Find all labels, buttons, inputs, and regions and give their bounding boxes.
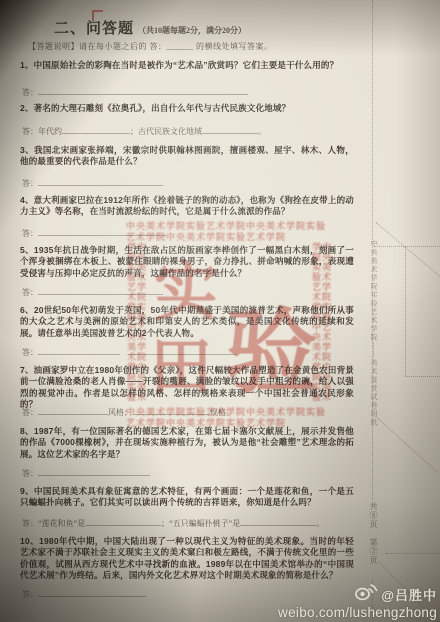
page-number-marker: 共⑧页 第②页 — [368, 502, 379, 586]
question-4-text: 4、意大利画家巴拉在1912年所作《拴着链子的狗的动态》，也称为《狗拴在皮带上的… — [20, 195, 354, 218]
answer-label: 答： — [22, 469, 38, 478]
answer-label: 答： — [22, 408, 38, 417]
weibo-logo-icon — [354, 582, 378, 606]
answer-blank — [38, 467, 150, 476]
answer-label: 答： — [22, 88, 38, 97]
red-seal-stamp: 中央美术学院实验艺术学院中央美术学院实验艺术学院中央美术学院实验艺术学院 中央美… — [126, 221, 331, 428]
section-title: 二、问答题 — [54, 20, 134, 37]
answer-line-3: 答： — [22, 177, 362, 189]
answer-text: 。 — [316, 519, 324, 528]
fold-line-horizontal — [386, 553, 440, 554]
question-2-text: 2、著名的大理石雕刻《拉奥孔》，出自什么年代与古代民族文化地域？ — [20, 103, 354, 114]
answer-line-9: 答：“莲花和鱼”是；“五只蝙蝠扑桃子”是。 — [22, 517, 362, 529]
stamp-character: 田 — [150, 317, 212, 406]
stamp-character: 验 — [225, 279, 317, 411]
weibo-handle: @吕胜中 — [381, 585, 437, 604]
answer-label: 答： — [22, 179, 38, 188]
stamp-border-text: 中央美术学院实验艺术学院中央美术学院实验艺术学院中央美术学院实验艺术学院 — [126, 242, 146, 407]
answer-blank — [38, 177, 163, 186]
question-1-text: 1、中国原始社会的彩陶在当时是被作为“艺术品”欣赏吗？它们主要是干什么用的？ — [20, 60, 354, 71]
section-meta: （共10题每题2分，满分20分） — [138, 26, 246, 35]
fold-line-vertical — [405, 246, 406, 376]
answer-blank — [62, 125, 130, 134]
weibo-watermark: @吕胜中 weibo.com/lushengzhong — [278, 582, 437, 620]
answer-label: 答： — [22, 229, 38, 238]
scanned-exam-page: 二、问答题（共10题每题2分，满分20分） 【答题说明】请在每小题之后的 答：_… — [0, 0, 440, 622]
answer-line-2: 答：年代约；古代民族文化地域。 — [22, 125, 362, 137]
fold-line-horizontal — [405, 376, 440, 377]
question-9-text: 9、中国民间美术具有象征寓意的艺术特征，有两个画面：一个是莲花和鱼，一个是五只蝙… — [20, 486, 354, 509]
answer-line-1: 答： — [22, 86, 362, 98]
question-3-text: 3、我国北宋画家张择端，宋徽宗时供职翰林图画院，擅画楼观、屋宇、林木、人物，他的… — [20, 145, 354, 168]
answer-label: 答： — [22, 127, 38, 136]
answer-blank — [38, 86, 248, 95]
fold-line-horizontal — [374, 246, 440, 247]
answer-label: 答： — [22, 348, 38, 357]
weibo-url: weibo.com/lushengzhong — [278, 605, 437, 620]
answer-blank — [38, 406, 108, 415]
answer-blank — [240, 517, 316, 526]
answer-text: ；“五只蝙蝠扑桃子”是 — [161, 519, 240, 528]
question-8-text: 8、1987年，有一位国际著名的德国艺术家，在第七届卡塞尔文献展上，展示并发售他… — [20, 426, 354, 460]
answer-text: 年代约 — [38, 127, 62, 136]
answer-text: “莲花和鱼”是 — [38, 519, 85, 528]
section-heading: 二、问答题（共10题每题2分，满分20分） — [54, 17, 246, 38]
margin-caption-vertical: 中央美术学院实验艺术学院——美术鉴赏试卷用纸 — [369, 240, 379, 486]
red-edge-mark — [92, 10, 103, 21]
question-10-text: 10、1980年代中期，中国大陆出现了一种以现代主义为特征的美术现象。当时的年轻… — [20, 536, 354, 581]
stamp-border-text: 中央美术学院实验艺术学院中央美术学院实验艺术学院中央美术学院实验艺术学院 — [126, 221, 331, 242]
answer-label: 答： — [22, 288, 38, 297]
answer-blank — [38, 346, 120, 355]
answer-instruction: 【答题说明】请在每小题之后的 答：______ 的横线处填写答案。 — [28, 41, 273, 52]
answer-text: 。 — [258, 127, 266, 136]
answer-label: 答： — [22, 590, 38, 599]
answer-text: ；古代民族文化地域 — [130, 127, 202, 136]
answer-line-8: 答： — [22, 467, 362, 479]
answer-blank — [38, 588, 146, 597]
answer-blank — [202, 125, 258, 134]
answer-label: 答： — [22, 519, 38, 528]
answer-blank — [85, 517, 161, 526]
